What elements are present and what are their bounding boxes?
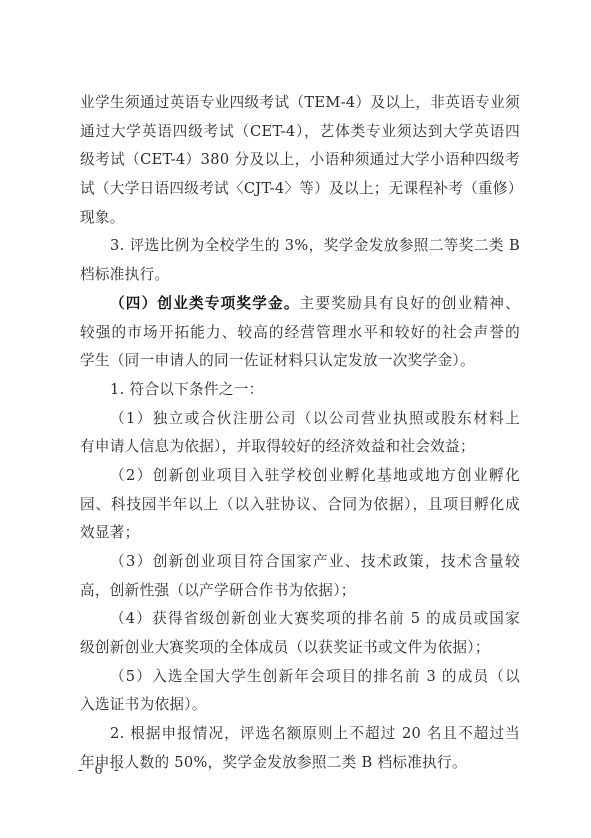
text-line-4: 试（大学日语四级考试〈CJT-4〉等）及以上；无课程补考（重修） [80,175,520,204]
text-line-18: 高，创新性强（以产学研合作书为依据）； [80,577,520,606]
text-line-17: （3）创新创业项目符合国家产业、技术政策，技术含量较 [80,548,520,577]
text-line-22: 入选证书为依据）。 [80,691,520,720]
text-line-13: 有申请人信息为依据），并取得较好的经济效益和社会效益； [80,433,520,462]
page-number: - 6 - [78,762,123,779]
text-line-14: （2）创新创业项目入驻学校创业孵化基地或地方创业孵化 [80,462,520,491]
text-line-1: 业学生须通过英语专业四级考试（TEM-4）及以上，非英语专业须 [80,89,520,118]
document-body: 业学生须通过英语专业四级考试（TEM-4）及以上，非英语专业须 通过大学英语四级… [80,89,520,778]
text-line-6: 3. 评选比例为全校学生的 3%，奖学金发放参照二等奖二类 B [80,232,520,261]
text-line-12: （1）独立或合伙注册公司（以公司营业执照或股东材料上 [80,405,520,434]
text-line-11: 1. 符合以下条件之一： [80,376,520,405]
text-line-24: 年申报人数的 50%，奖学金发放参照二类 B 档标准执行。 [80,749,520,778]
text-line-16: 效显著； [80,519,520,548]
text-line-9: 较强的市场开拓能力、较高的经营管理水平和较好的社会声誉的 [80,319,520,348]
text-line-3: 级考试（CET-4）380 分及以上，小语种须通过大学小语种四级考 [80,146,520,175]
text-line-5: 现象。 [80,204,520,233]
text-line-2: 通过大学英语四级考试（CET-4），艺体类专业须达到大学英语四 [80,118,520,147]
text-line-7: 档标准执行。 [80,261,520,290]
text-line-21: （5）入选全国大学生创新年会项目的排名前 3 的成员（以 [80,663,520,692]
section-heading: （四）创业类专项奖学金。 [110,295,300,312]
text-line-19: （4）获得省级创新创业大赛奖项的排名前 5 的成员或国家 [80,605,520,634]
section-heading-text: 主要奖励具有良好的创业精神、 [300,295,520,312]
text-line-15: 园、科技园半年以上（以入驻协议、合同为依据），且项目孵化成 [80,491,520,520]
text-line-23: 2. 根据申报情况，评选名额原则上不超过 20 名且不超过当 [80,720,520,749]
document-page: 业学生须通过英语专业四级考试（TEM-4）及以上，非英语专业须 通过大学英语四级… [0,0,591,838]
text-line-10: 学生（同一申请人的同一佐证材料只认定发放一次奖学金）。 [80,347,520,376]
section-heading-line: （四）创业类专项奖学金。主要奖励具有良好的创业精神、 [80,290,520,319]
text-line-20: 级创新创业大赛奖项的全体成员（以获奖证书或文件为依据）； [80,634,520,663]
